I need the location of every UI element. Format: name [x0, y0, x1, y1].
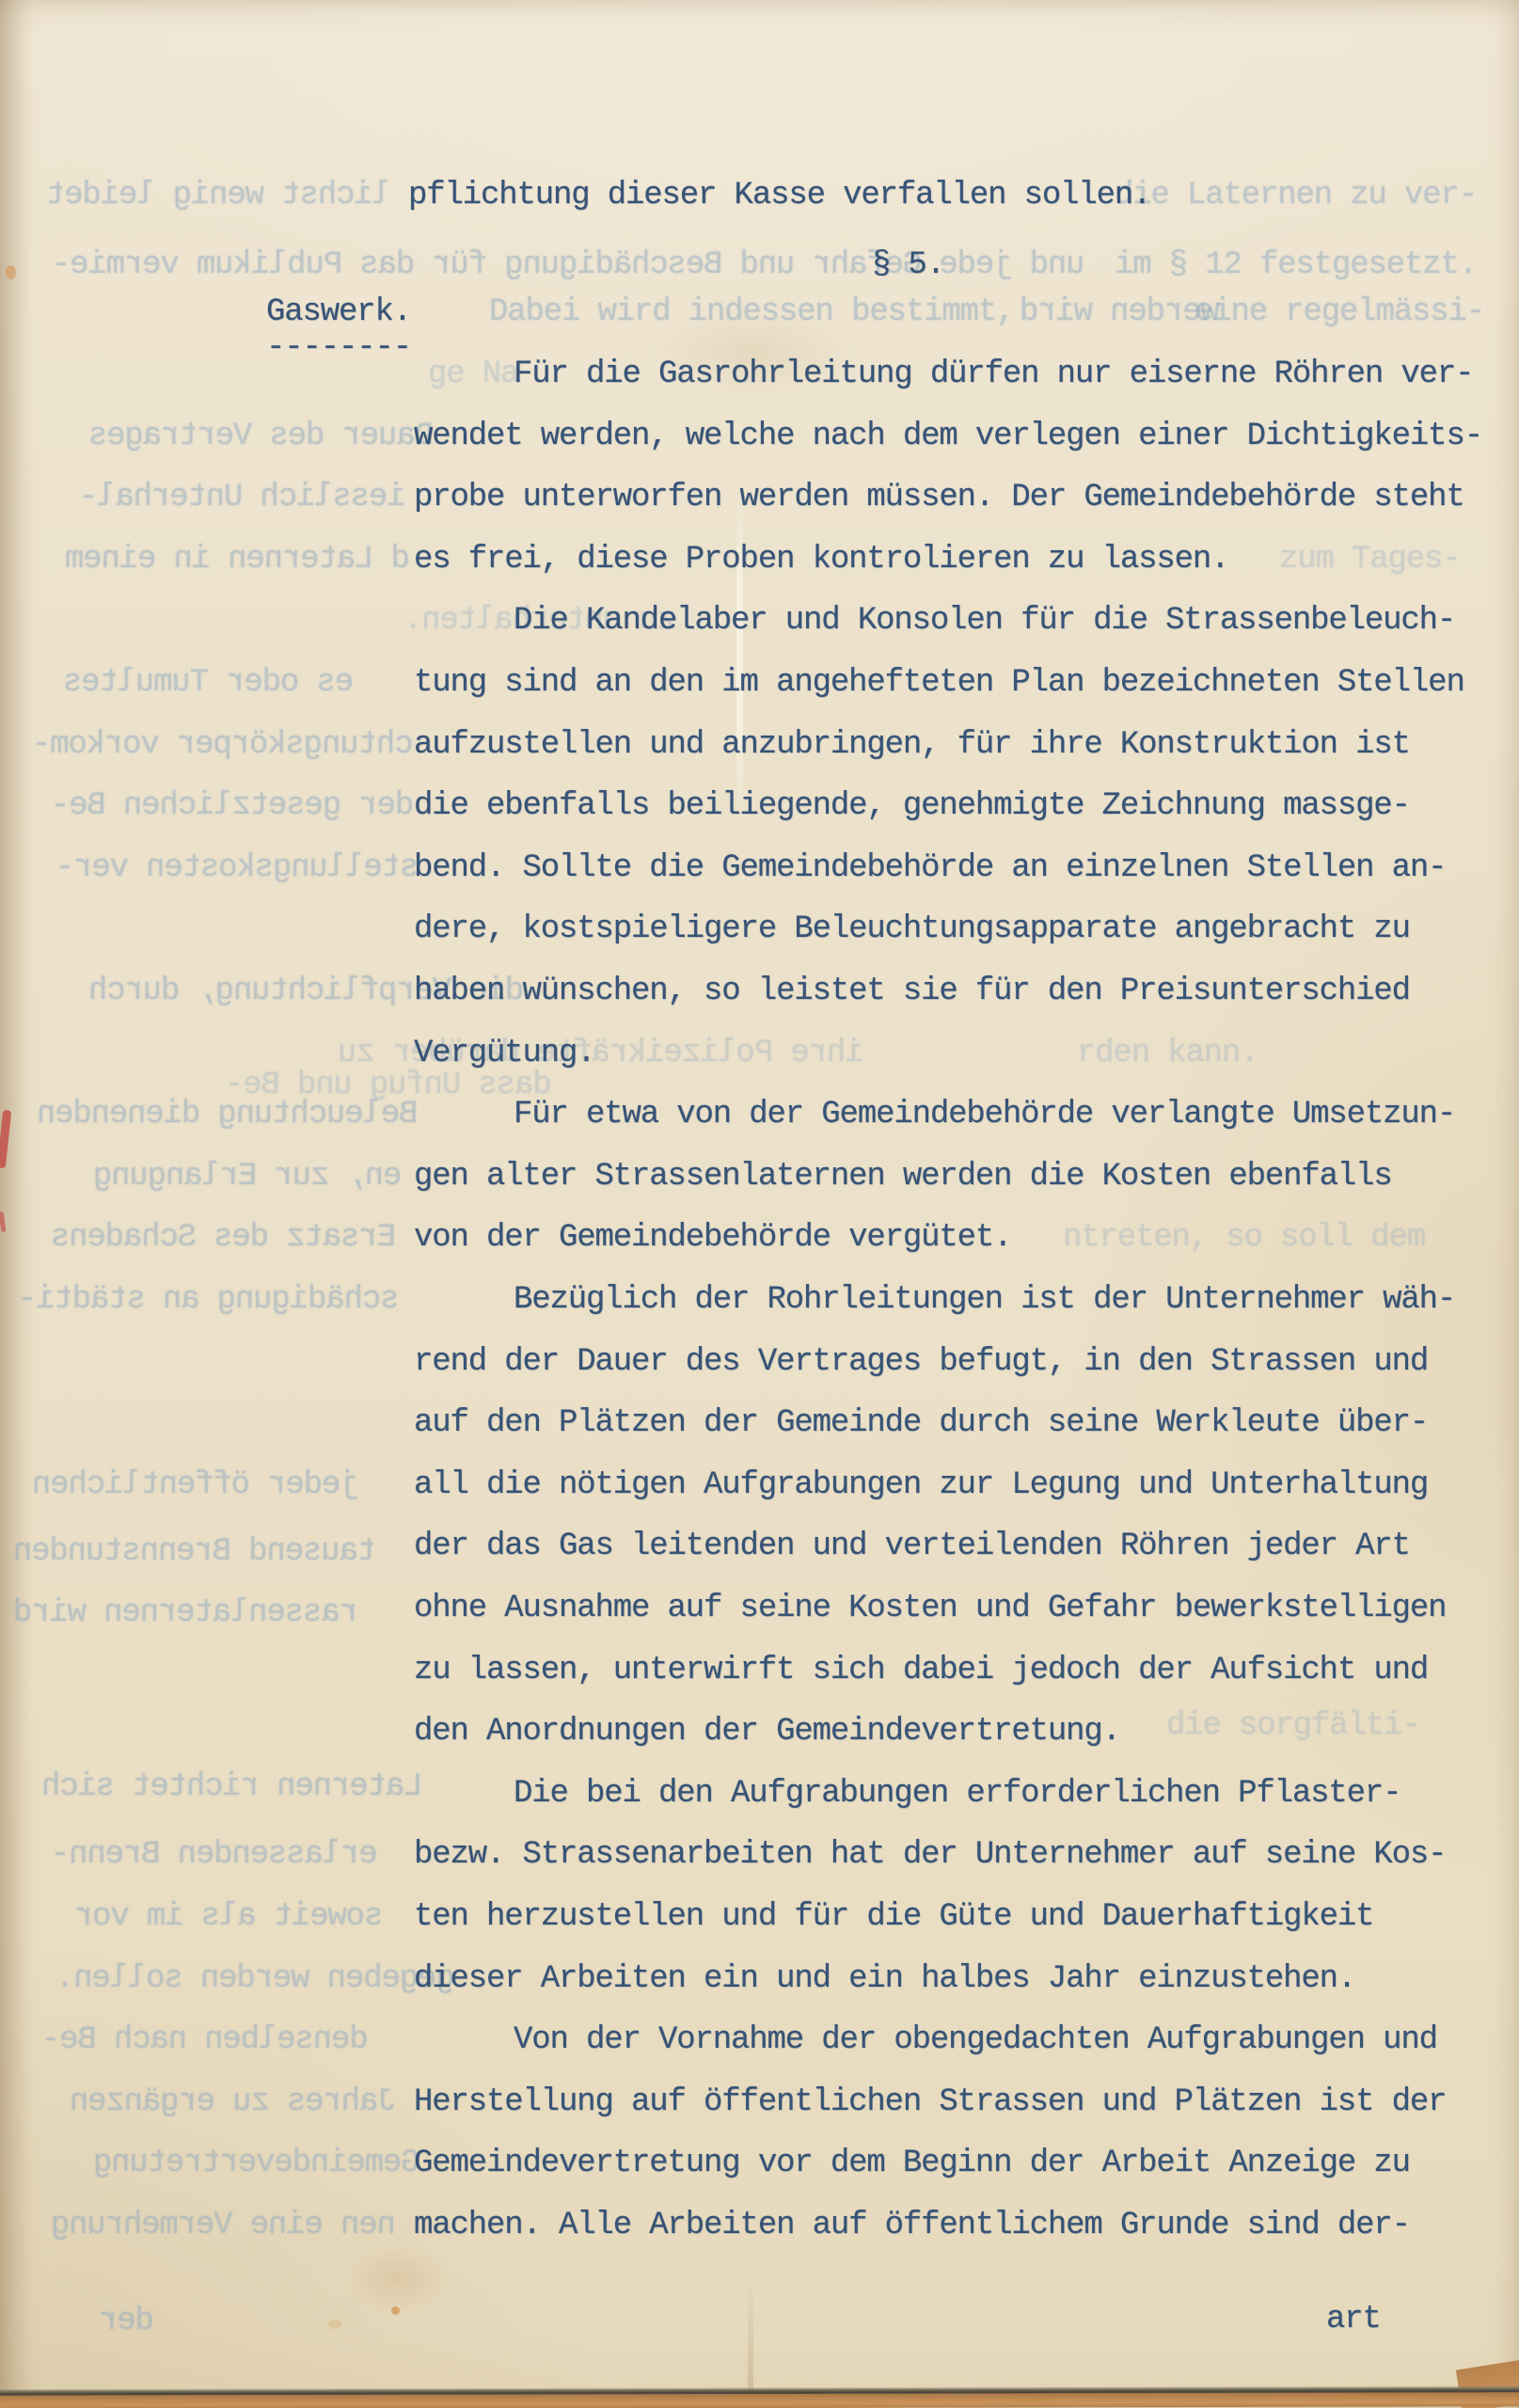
- typed-line: Die bei den Aufgrabungen erforderlichen …: [514, 1775, 1400, 1813]
- table-surface-edge: [0, 2392, 1519, 2408]
- ghost-line: die sorgfälti-: [1166, 1707, 1420, 1745]
- typed-line: Gemeindevertretung vor dem Beginn der Ar…: [414, 2145, 1410, 2182]
- ghost-line: es oder Tumultes: [64, 664, 354, 702]
- typed-line: bend. Sollte die Gemeindebehörde an einz…: [414, 849, 1446, 887]
- ghost-line: rassenlaternen wird: [14, 1594, 358, 1632]
- typed-line: Herstellung auf öffentlichen Strassen un…: [414, 2083, 1446, 2121]
- ghost-line: chtungskörper vorkom-: [33, 726, 413, 764]
- typed-line: Bezüglich der Rohrleitungen ist der Unte…: [514, 1281, 1455, 1319]
- typed-line: haben wünschen, so leistet sie für den P…: [414, 973, 1410, 1010]
- typed-line: all die nötigen Aufgrabungen zur Legung …: [414, 1466, 1428, 1504]
- ghost-line: iesslich Unterhal-: [80, 479, 406, 516]
- section-marker: § 5.: [872, 246, 944, 284]
- paper-speck: [6, 265, 16, 279]
- ghost-line: Dabei wird indessen bestimmt,: [489, 293, 1014, 331]
- typed-line: gen alter Strassenlaternen werden die Ko…: [414, 1158, 1392, 1196]
- ghost-line: jeder öffentlichen: [33, 1466, 359, 1504]
- typed-line: rend der Dauer des Vertrages befugt, in …: [414, 1343, 1428, 1381]
- scanned-document-page: lichst wenig leidetdie Laternen zu ver-u…: [0, 0, 1519, 2408]
- typed-line: Die Kandelaber und Konsolen für die Stra…: [514, 602, 1455, 640]
- ghost-line: rden kann.: [1077, 1035, 1258, 1072]
- ghost-line: Beleuchtung dienenden: [38, 1096, 418, 1133]
- ghost-line: d Laternen in einem: [66, 541, 410, 578]
- typed-line: aufzustellen und anzubringen, für ihre K…: [414, 726, 1410, 764]
- ghost-line: Laternen richtet sich: [42, 1768, 422, 1806]
- ghost-line: Gemeindevertretung: [94, 2145, 420, 2182]
- typed-line: Von der Vornahme der obengedachten Aufgr…: [514, 2021, 1437, 2059]
- typed-line: pflichtung dieser Kasse verfallen sollen…: [408, 177, 1150, 214]
- section-heading: Gaswerk.: [266, 293, 411, 331]
- typed-line: auf den Plätzen der Gemeinde durch seine…: [414, 1404, 1428, 1442]
- typed-line: es frei, diese Proben kontrolieren zu la…: [414, 541, 1228, 578]
- typed-line: Vergütung.: [414, 1035, 595, 1072]
- paper-left-edge-shadow: [0, 0, 32, 2408]
- typed-line: dieser Arbeiten ein und ein halbes Jahr …: [414, 1960, 1355, 1998]
- typed-line: bezw. Strassenarbeiten hat der Unternehm…: [414, 1836, 1446, 1874]
- paper-crease: [748, 2276, 753, 2394]
- typed-line: den Anordnungen der Gemeindevertretung.: [414, 1713, 1120, 1751]
- typed-line: Für etwa von der Gemeindebehörde verlang…: [514, 1096, 1455, 1133]
- ghost-line: der: [100, 2303, 154, 2340]
- typed-line: tung sind an den im angehefteten Plan be…: [414, 664, 1464, 702]
- paper-crease: [736, 489, 743, 828]
- typed-line: machen. Alle Arbeiten auf öffentlichem G…: [414, 2207, 1410, 2244]
- ghost-line: Jahres zu ergänzen: [71, 2083, 397, 2121]
- typed-line: dere, kostspieligere Beleuchtungsapparat…: [414, 911, 1410, 948]
- typed-line: probe unterworfen werden müssen. Der Gem…: [414, 479, 1464, 516]
- ghost-line: soweit als im vor: [75, 1898, 383, 1936]
- ghost-line: lichst wenig leidet: [47, 177, 391, 214]
- ghost-line: eine regelmässi-: [1195, 293, 1484, 331]
- typed-line: ohne Ausnahme auf seine Kosten und Gefah…: [414, 1590, 1446, 1627]
- ghost-line: gegeben werden sollen.: [56, 1960, 455, 1998]
- typed-line: wendet werden, welche nach dem verlegen …: [414, 418, 1482, 455]
- ghost-line: en, zur Erlangung: [94, 1158, 402, 1196]
- ghost-line: Ersatz des Schadens: [52, 1219, 396, 1257]
- typed-line: von der Gemeindebehörde vergütet.: [414, 1219, 1011, 1257]
- paper-speck: [328, 2320, 341, 2329]
- typed-line: Für die Gasrohrleitung dürfen nur eisern…: [514, 356, 1473, 393]
- typed-line: ten herzustellen und für die Güte und Da…: [414, 1898, 1373, 1936]
- ghost-line: ge Na: [428, 356, 518, 393]
- ghost-line: schädigung an städti-: [19, 1281, 399, 1319]
- ghost-line: die Laternen zu ver-: [1115, 177, 1477, 214]
- ghost-line: stellungskosten ver-: [56, 849, 419, 887]
- ghost-line: tausend Brennstunden: [14, 1533, 376, 1571]
- ghost-line: denselben nach Be-: [42, 2021, 369, 2059]
- ghost-line: ntreten, so soll dem: [1063, 1219, 1425, 1257]
- ghost-line: zum Tages-: [1279, 541, 1461, 578]
- ghost-line: im § 12 festgesetzt.: [1115, 246, 1477, 284]
- ghost-line: Dauer des Vertrages: [89, 418, 434, 455]
- typed-line: die ebenfalls beiliegende, genehmigte Ze…: [414, 787, 1410, 825]
- typed-line: zu lassen, unterwirft sich dabei jedoch …: [414, 1652, 1428, 1689]
- ghost-line: werden wird: [1021, 293, 1220, 331]
- ghost-line: der gesetzlichen Be-: [52, 787, 414, 825]
- paper-stain: [346, 2246, 450, 2312]
- heading-underline: --------: [266, 329, 411, 367]
- typed-line: der das Gas leitenden und verteilenden R…: [414, 1528, 1410, 1565]
- ghost-line: erlassenden Brenn-: [52, 1836, 378, 1874]
- catchword: art: [1326, 2301, 1381, 2338]
- ghost-line: nen eine Vermehrung: [52, 2207, 396, 2244]
